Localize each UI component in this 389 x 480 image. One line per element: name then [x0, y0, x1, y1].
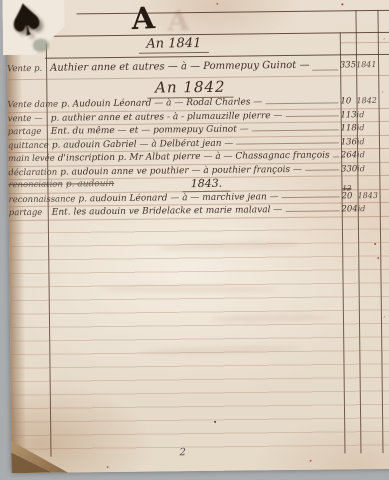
spade-ink-blot-icon: ♠ — [3, 0, 50, 46]
top-rule-partial — [76, 10, 389, 15]
year-value: 1843 — [357, 188, 379, 202]
dash-filler — [252, 129, 339, 131]
dash-filler — [236, 142, 338, 144]
year-value: 1842 — [356, 94, 378, 108]
index-letter-bleedthrough: A — [167, 4, 189, 37]
dash-filler — [282, 196, 340, 198]
speck — [310, 460, 312, 462]
page-number: 2 — [179, 447, 185, 458]
year-heading-1842: An 1842 — [125, 77, 255, 96]
speck — [216, 3, 218, 5]
year-value: 1841 — [356, 55, 378, 75]
dash-filler — [333, 156, 339, 157]
edge-mark: ’ — [383, 315, 386, 324]
year-value: id — [357, 161, 379, 175]
dash-filler — [285, 210, 339, 212]
scanned-register-image: A A ♠ An 1841 An 1842 1843. Vente p. Aut… — [0, 0, 389, 480]
edge-mark: ’ — [383, 37, 386, 46]
ledger-row: Vente p. Authier anne et autres — à — Po… — [7, 55, 389, 80]
year-heading-1841: An 1841 — [99, 35, 249, 52]
speck — [214, 421, 216, 423]
dash-filler — [305, 169, 339, 170]
speck — [341, 3, 343, 5]
speck — [107, 466, 109, 468]
number-column-header-rule — [340, 42, 389, 44]
act-parties: Authier anne et autres — à — Pommepuy Gu… — [47, 56, 310, 79]
index-letter: A — [131, 1, 156, 37]
register-page: A A ♠ An 1841 An 1842 1843. Vente p. Aut… — [6, 0, 389, 473]
dash-filler — [313, 69, 338, 70]
folio-number-corrected: 12 — [342, 182, 351, 196]
dash-filler — [265, 102, 338, 104]
act-type: renonciation — [8, 179, 63, 193]
year-value: id — [357, 134, 379, 148]
edge-mark: ’ — [381, 90, 384, 99]
act-parties: p. audouin — [63, 178, 114, 192]
speck — [377, 257, 379, 259]
year-value: id — [357, 107, 379, 121]
dash-filler — [285, 115, 338, 117]
folio-number: 335 — [340, 55, 356, 75]
speck — [374, 243, 376, 245]
year-value: id — [357, 121, 379, 135]
year-value: id — [358, 202, 380, 216]
dash-filler — [117, 184, 339, 187]
act-type: Vente p. — [7, 59, 47, 79]
year-value: id — [357, 148, 379, 162]
blank-ruled-area — [9, 215, 389, 460]
